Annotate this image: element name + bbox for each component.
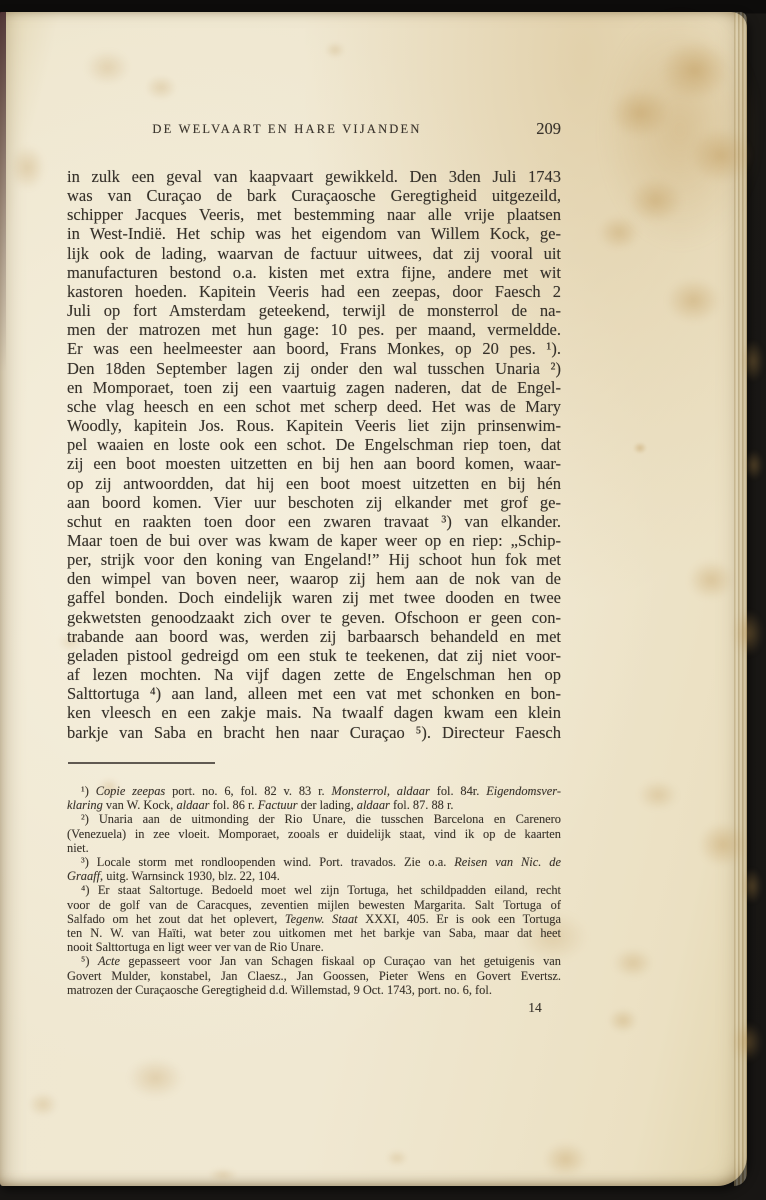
foxing-stain xyxy=(660,40,730,100)
footnote-segment: ³) Locale storm met rondloopenden wind. … xyxy=(81,855,454,869)
footnote-segment: fol. 84r. xyxy=(430,784,486,798)
foxing-stain xyxy=(613,948,653,978)
footnote-segment: Eigendomsver- xyxy=(486,784,561,798)
foxing-stain xyxy=(386,1150,408,1166)
footnote-line: Salfado om het zout dat het oplevert, Te… xyxy=(67,912,561,926)
footnote-line: klaring van W. Kock, aldaar fol. 86 r. F… xyxy=(67,798,561,812)
text-line: gekwetsten genoodzaakt zich over te geve… xyxy=(67,608,561,627)
page-number: 209 xyxy=(536,119,561,139)
footnote-segment: , uitg. Warnsinck 1930, blz. 22, 104. xyxy=(100,869,280,883)
footnote-segment: Tegenw. Staat xyxy=(285,912,358,926)
footnote-segment: Graaff xyxy=(67,869,100,883)
footnote-segment: aldaar xyxy=(357,798,390,812)
footnote-segment: ⁵) xyxy=(81,954,98,968)
foxing-stain xyxy=(633,442,647,454)
foxing-stain xyxy=(85,50,130,85)
footnote-segment: (Venezuela) in zee vloeit. Momporaet, zo… xyxy=(67,827,561,841)
text-line: lijk ook de lading, waarvan de factuur u… xyxy=(67,244,561,263)
footnote-line: ten N. W. van Haïti, wat beter zou uitko… xyxy=(67,926,561,940)
footnote-line: ⁴) Er staat Saltortuge. Bedoeld moet wel… xyxy=(67,883,561,897)
footnote-segment: Monsterrol, aldaar xyxy=(332,784,430,798)
page-stack-edge xyxy=(734,12,747,1186)
text-line: schut en raakten toen door een zwaren tr… xyxy=(67,512,561,531)
footnote-segment: Acte xyxy=(98,954,120,968)
foxing-stain xyxy=(610,88,670,138)
spine-edge xyxy=(0,12,6,372)
signature-mark: 14 xyxy=(515,1000,555,1016)
text-line: per, strijk voor den koning van Engeland… xyxy=(67,550,561,569)
text-line: Juli op fort Amsterdam geteekend, terwij… xyxy=(67,301,561,320)
footnote-line: Govert Mulder, konstabel, Jan Claesz., J… xyxy=(67,969,561,983)
footnote-segment: ⁴) Er staat Saltortuge. Bedoeld moet wel… xyxy=(81,883,561,897)
text-line: geladen pistool gedreigd om een stuk te … xyxy=(67,646,561,665)
text-line: Woodly, kapitein Jos. Rous. Kapitein Vee… xyxy=(67,416,561,435)
text-line: in zulk een geval van kaapvaart gewikkel… xyxy=(67,167,561,186)
footnote-segment: klaring xyxy=(67,798,103,812)
text-line: in West-Indië. Het schip was het eigendo… xyxy=(67,224,561,243)
text-line: kastoren hoeden. Kapitein Veeris had een… xyxy=(67,282,561,301)
footnote-segment: der lading, xyxy=(298,798,357,812)
text-line: Den 18den September lagen zij onder den … xyxy=(67,359,561,378)
book-page: DE WELVAART EN HARE VIJANDEN 209 in zulk… xyxy=(0,12,747,1186)
foxing-stain xyxy=(145,75,177,100)
text-line: Salttortuga ⁴) aan land, alleen met een … xyxy=(67,684,561,703)
foxing-stain xyxy=(10,145,45,190)
foxing-stain xyxy=(28,1092,58,1117)
footnote-segment: van W. Kock, xyxy=(103,798,177,812)
footnote-line: ⁵) Acte gepasseert voor Jan van Schagen … xyxy=(67,954,561,968)
foxing-stain xyxy=(598,215,640,250)
footnote-line: matrozen der Curaçaosche Geregtigheid d.… xyxy=(67,983,561,997)
footnote-segment: gepasseert voor Jan van Schagen fiskaal … xyxy=(120,954,561,968)
footnote-segment: aldaar xyxy=(176,798,209,812)
foxing-stain xyxy=(208,1168,238,1182)
footnote-line: voor de golf van de Caracques, zeventien… xyxy=(67,898,561,912)
text-line: gaffel bonden. Doch eindelijk waren zij … xyxy=(67,588,561,607)
foxing-stain xyxy=(628,178,683,223)
footnote-segment: matrozen der Curaçaosche Geregtigheid d.… xyxy=(67,983,492,997)
footnote-segment: Factuur xyxy=(258,798,298,812)
text-line: trabande aan boord was, werden zij barba… xyxy=(67,627,561,646)
footnote-segment: fol. 87. 88 r. xyxy=(390,798,454,812)
running-header: DE WELVAART EN HARE VIJANDEN 209 xyxy=(67,122,561,146)
foxing-stain xyxy=(128,1058,183,1098)
foxing-stain xyxy=(666,278,721,323)
text-line: zij een boot moesten uitzetten en bij he… xyxy=(67,454,561,473)
text-line: manufacturen bestond o.a. kisten met ext… xyxy=(67,263,561,282)
text-line: schipper Jacques Veeris, met bestemming … xyxy=(67,205,561,224)
running-header-title: DE WELVAART EN HARE VIJANDEN xyxy=(67,122,507,137)
text-line: op zij antwoordden, dat hij een boot moe… xyxy=(67,474,561,493)
footnote-line: niet. xyxy=(67,841,561,855)
text-line: ken vleesch en een zakje mais. Na twaalf… xyxy=(67,703,561,722)
footnote-line: Graaff, uitg. Warnsinck 1930, blz. 22, 1… xyxy=(67,869,561,883)
text-line: aan boord komen. Vier uur beschoten zij … xyxy=(67,493,561,512)
footnote-segment: Copie zeepas xyxy=(96,784,166,798)
footnotes: ¹) Copie zeepas port. no. 6, fol. 82 v. … xyxy=(67,784,561,997)
text-line: den wimpel van boven neer, waarop zij he… xyxy=(67,569,561,588)
foxing-stain xyxy=(745,450,763,480)
footnote-segment: ten N. W. van Haïti, wat beter zou uitko… xyxy=(67,926,561,940)
footnote-segment: ¹) xyxy=(81,784,96,798)
footnote-segment: fol. 86 r. xyxy=(210,798,258,812)
scan-background: { "header": { "title": "DE WELVAART EN H… xyxy=(0,0,766,1200)
footnote-segment: ²) Unaria aan de uitmonding der Rio Unar… xyxy=(81,812,561,826)
footnote-rule xyxy=(68,762,215,764)
footnote-segment: niet. xyxy=(67,841,89,855)
text-line: Er was een heelmeester aan boord, Frans … xyxy=(67,339,561,358)
footnote-segment: port. no. 6, fol. 82 v. 83 r. xyxy=(165,784,331,798)
footnote-line: (Venezuela) in zee vloeit. Momporaet, zo… xyxy=(67,827,561,841)
text-line: af lezen mochten. Na vijf dagen zette de… xyxy=(67,665,561,684)
footnote-segment: XXXI, 405. Er is ook een Tortuga xyxy=(358,912,561,926)
footnote-segment: Reisen van Nic. de xyxy=(454,855,561,869)
foxing-stain xyxy=(608,1008,638,1033)
footnote-segment: Salfado om het zout dat het oplevert, xyxy=(67,912,285,926)
text-line: barkje van Saba en bracht hen naar Curaç… xyxy=(67,723,561,742)
foxing-stain xyxy=(543,1142,588,1177)
footnote-segment: nooit Salttortuga en ligt weer ver van d… xyxy=(67,940,324,954)
footnote-line: nooit Salttortuga en ligt weer ver van d… xyxy=(67,940,561,954)
footnote-line: ²) Unaria aan de uitmonding der Rio Unar… xyxy=(67,812,561,826)
foxing-stain xyxy=(638,780,678,810)
text-line: sche vlag heesch en een schot met scherp… xyxy=(67,397,561,416)
text-line: Maar toen de bui over was kwam de kaper … xyxy=(67,531,561,550)
text-line: men der matrozen met hun gage: 10 pes. p… xyxy=(67,320,561,339)
text-line: was van Curaçao de bark Curaçaosche Gere… xyxy=(67,186,561,205)
footnote-segment: voor de golf van de Caracques, zeventien… xyxy=(67,898,561,912)
foxing-stain xyxy=(325,42,345,58)
body-text: in zulk een geval van kaapvaart gewikkel… xyxy=(67,167,561,742)
foxing-stain xyxy=(688,560,734,600)
footnote-line: ¹) Copie zeepas port. no. 6, fol. 82 v. … xyxy=(67,784,561,798)
footnote-line: ³) Locale storm met rondloopenden wind. … xyxy=(67,855,561,869)
footnote-segment: Govert Mulder, konstabel, Jan Claesz., J… xyxy=(67,969,561,983)
text-line: en Momporaet, toen zij een vaartuig zage… xyxy=(67,378,561,397)
text-line: pel waaien en loste ook een schot. De En… xyxy=(67,435,561,454)
